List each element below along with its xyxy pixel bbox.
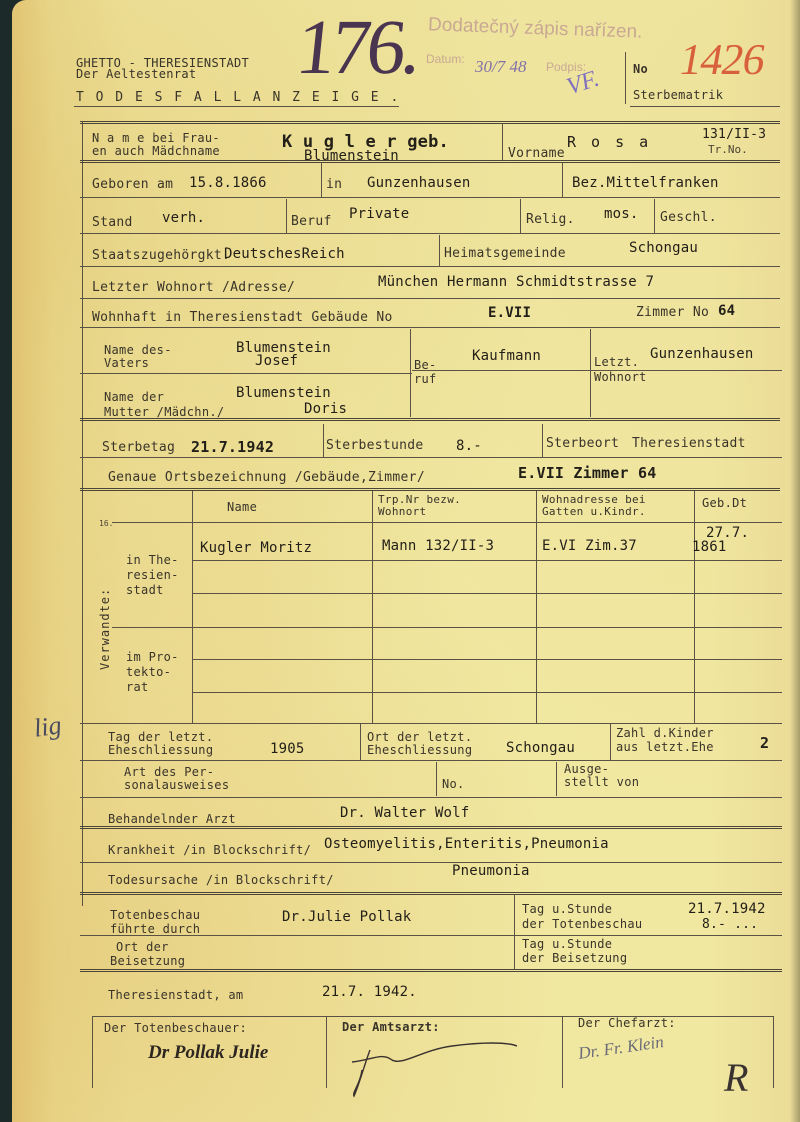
transport-number-value: 131/II-3 — [702, 127, 766, 142]
marriage-ort-value: Schongau — [506, 740, 575, 756]
staatszug-value: DeutschesReich — [224, 246, 345, 262]
kinder-value: 2 — [760, 734, 769, 752]
wohnhaft-gebaeude: E.VII — [488, 305, 531, 321]
ausweis-label-2: sonalausweises — [124, 778, 229, 792]
org-line-2: Der Aeltestenrat — [76, 67, 196, 81]
name-label-2: en auch Mädchname — [92, 144, 220, 158]
corner-initial-mark: R — [724, 1054, 748, 1101]
rule — [80, 298, 780, 299]
rule — [80, 760, 782, 761]
rule — [326, 1016, 327, 1088]
marriage-ort-label-2: Eheschliessung — [367, 743, 472, 757]
rule — [80, 121, 780, 124]
beruf2-value: Kaufmann — [472, 348, 541, 364]
totenbeschau-value: Dr.Julie Pollak — [282, 909, 411, 925]
form-title: T O D E S F A L L A N Z E I G E . — [76, 90, 400, 105]
zimmer-value: 64 — [718, 303, 735, 319]
rule — [321, 162, 322, 198]
wohnhaft-label: Wohnhaft in Theresienstadt Gebäude No — [92, 310, 393, 325]
rule — [323, 424, 324, 458]
no-label: No — [633, 62, 648, 76]
relatives-col-trp: Trp.Nr bezw. Wohnort — [378, 494, 508, 518]
staatszug-label: Staatszugehörgkt. — [92, 248, 230, 263]
rule — [80, 826, 782, 829]
ortsbez-label: Genaue Ortsbezeichnung /Gebäude,Zimmer/ — [108, 470, 425, 485]
signature-amtsarzt — [342, 1030, 542, 1100]
rule — [192, 593, 782, 594]
krankheit-value: Osteomyelitis,Enteritis,Pneumonia — [324, 836, 609, 852]
mutter-label-2: Mutter /Mädchn./ — [104, 405, 224, 419]
relatives-side-label: Verwandte: — [98, 588, 112, 670]
rule — [556, 762, 557, 796]
rule — [80, 233, 780, 234]
ausgestellt-label-1: Ausge- — [564, 762, 609, 776]
place-date-label: Theresienstadt, am — [108, 988, 243, 1002]
tag-totenbeschau-time: 8.- ... — [702, 917, 758, 932]
rule — [520, 199, 521, 233]
rule — [436, 762, 437, 796]
rule — [610, 724, 611, 760]
rule — [192, 659, 782, 660]
geschl-label: Geschl. — [660, 210, 717, 225]
vater-label-2: Vaters — [104, 356, 149, 370]
arzt-label: Behandelnder Arzt — [108, 812, 236, 826]
rule — [536, 491, 537, 723]
relig-label: Relig. — [526, 212, 575, 227]
rule — [192, 491, 193, 723]
relative-trp: Mann 132/II-3 — [382, 538, 494, 554]
totenbeschau-label-2: führte durch — [110, 922, 200, 936]
rule — [80, 935, 782, 936]
rule — [80, 197, 780, 198]
marriage-tag-label-1: Tag der letzt. — [108, 730, 213, 744]
relative-name: Kugler Moritz — [200, 540, 312, 556]
marriage-tag-value: 1905 — [270, 741, 305, 757]
relatives-col-name: Name — [227, 500, 257, 514]
heimat-value: Schongau — [629, 240, 698, 256]
ort-beisetzung-label-2: Beisetzung — [110, 954, 185, 968]
vater-firstname: Josef — [255, 353, 298, 369]
rule — [112, 522, 782, 523]
mutter-surname: Blumenstein — [236, 385, 331, 401]
handwritten-file-number: 176. — [292, 2, 422, 92]
header-rule — [630, 106, 780, 107]
tag-totenbeschau-label-1: Tag u.Stunde — [522, 902, 612, 916]
rule — [360, 724, 361, 760]
rule — [654, 199, 655, 233]
sterbeort-label: Sterbeort — [546, 436, 619, 451]
rule — [80, 892, 782, 895]
relative-adresse: E.VI Zim.37 — [542, 538, 637, 554]
relig-value: mos. — [604, 206, 639, 222]
geboren-value: 15.8.1866 — [189, 175, 267, 191]
stamp-datum-label: Datum: — [426, 52, 465, 66]
ausweis-no-label: No. — [442, 777, 465, 791]
rule — [439, 235, 440, 267]
geboren-label: Geboren am — [92, 177, 173, 192]
bezirk-value: Bez.Mittelfranken — [572, 175, 719, 191]
sterbeort-value: Theresienstadt — [632, 436, 746, 451]
ausweis-label-1: Art des Per- — [124, 765, 214, 779]
rule — [562, 1016, 563, 1088]
rule — [80, 797, 782, 798]
beruf2-label-2: ruf — [414, 372, 437, 386]
rule — [80, 373, 412, 374]
place-date-value: 21.7. 1942. — [322, 984, 417, 1000]
heimat-label: Heimatsgemeinde — [444, 246, 566, 261]
tag-beisetzung-label-1: Tag u.Stunde — [522, 937, 612, 951]
form-left-border — [82, 122, 83, 727]
letzt-wohnort-label-2: Wohnort — [594, 370, 647, 384]
letzter-wohnort-value: München Hermann Schmidtstrasse 7 — [378, 274, 654, 290]
ortsbez-value: E.VII Zimmer 64 — [518, 464, 656, 482]
sterbetag-value: 21.7.1942 — [191, 438, 274, 456]
marriage-tag-label-2: Eheschliessung — [108, 743, 213, 757]
tag-beisetzung-label-2: der Beisetzung — [522, 951, 627, 965]
sterbematrik-label: Sterbematrik — [633, 88, 723, 102]
rule — [80, 160, 780, 163]
relatives-group-protektorat: im Pro- tekto- rat — [126, 650, 179, 695]
relative-geb: 27.7. 1861 — [692, 526, 752, 554]
rule — [80, 488, 780, 491]
rule — [80, 723, 782, 724]
sterbetag-label: Sterbetag — [102, 440, 175, 455]
rule — [514, 894, 515, 970]
kinder-label-2: aus letzt.Ehe — [616, 740, 714, 754]
relatives-group-theresienstadt: in The- resien- stadt — [126, 553, 179, 598]
transport-number-label: Tr.No. — [708, 143, 748, 156]
totenbeschau-label-1: Totenbeschau — [110, 908, 200, 922]
rule — [412, 370, 782, 371]
rule — [286, 199, 287, 233]
sig-totenbeschauer-label: Der Totenbeschauer: — [104, 1021, 247, 1035]
todesursache-value: Pneumonia — [452, 863, 530, 879]
mutter-label-1: Name der — [104, 390, 164, 404]
rule — [562, 162, 563, 198]
death-certificate-page: GHETTO - THERESIENSTADT Der Aeltestenrat… — [12, 0, 800, 1122]
todesursache-label: Todesursache /in Blockschrift/ — [108, 873, 334, 887]
rule — [80, 862, 782, 863]
rule — [80, 327, 780, 328]
stamp-datum-value: 30/7 48 — [475, 57, 526, 77]
in-label: in — [326, 177, 342, 192]
zimmer-label: Zimmer No — [636, 305, 709, 320]
vorname-value: R o s a — [567, 133, 651, 151]
ausgestellt-label-2: stellt von — [564, 775, 639, 789]
marriage-ort-label-1: Ort der letzt. — [367, 730, 472, 744]
sig-chefarzt-label: Der Chefarzt: — [578, 1016, 676, 1030]
ort-beisetzung-label-1: Ort der — [116, 940, 169, 954]
rule — [542, 424, 543, 458]
letzt-wohnort-label-1: Letzt. — [594, 355, 639, 369]
geburtsort-value: Gunzenhausen — [367, 175, 471, 191]
rule — [80, 969, 782, 972]
tag-totenbeschau-label-2: der Totenbeschau — [522, 917, 642, 931]
vorname-label: Vorname — [508, 146, 565, 161]
header-divider — [625, 52, 626, 104]
rule — [372, 491, 373, 723]
rule — [80, 266, 780, 267]
rule — [192, 560, 782, 561]
rule — [590, 329, 591, 417]
name-label-1: N a m e bei Frau- — [92, 131, 220, 145]
section-number-16: 16. — [99, 519, 113, 528]
sterbestunde-value: 8.- — [456, 438, 482, 454]
rule — [192, 692, 782, 693]
title-underline — [74, 106, 399, 107]
relatives-col-geb: Geb.Dt — [702, 496, 747, 510]
kinder-label-1: Zahl d.Kinder — [616, 726, 714, 740]
arzt-value: Dr. Walter Wolf — [340, 805, 469, 821]
beruf-label: Beruf — [291, 214, 332, 229]
krankheit-label: Krankheit /in Blockschrift/ — [108, 843, 311, 857]
stamp-text: Dodatečný zápis nařízen. — [428, 14, 643, 43]
tag-totenbeschau-date: 21.7.1942 — [688, 901, 766, 917]
beruf-value: Private — [349, 206, 409, 222]
relatives-col-adresse: Wohnadresse bei Gatten u.Kindr. — [542, 494, 692, 518]
stand-value: verh. — [162, 210, 205, 226]
rule — [502, 123, 503, 161]
vater-label-1: Name des- — [104, 343, 172, 357]
mutter-firstname: Doris — [304, 401, 347, 417]
form-left-border-lower — [82, 724, 83, 906]
register-number: 1426 — [676, 34, 769, 85]
signature-totenbeschauer: Dr Pollak Julie — [148, 1042, 268, 1064]
letzt-wohnort-value: Gunzenhausen — [650, 346, 754, 362]
letzter-wohnort-label: Letzter Wohnort /Adresse/ — [92, 280, 295, 295]
stand-label: Stand — [92, 215, 133, 230]
margin-handwritten-mark: lig — [32, 710, 63, 744]
sterbestunde-label: Sterbestunde — [326, 438, 424, 453]
rule — [80, 418, 780, 421]
rule — [80, 457, 782, 458]
rule — [112, 627, 782, 628]
